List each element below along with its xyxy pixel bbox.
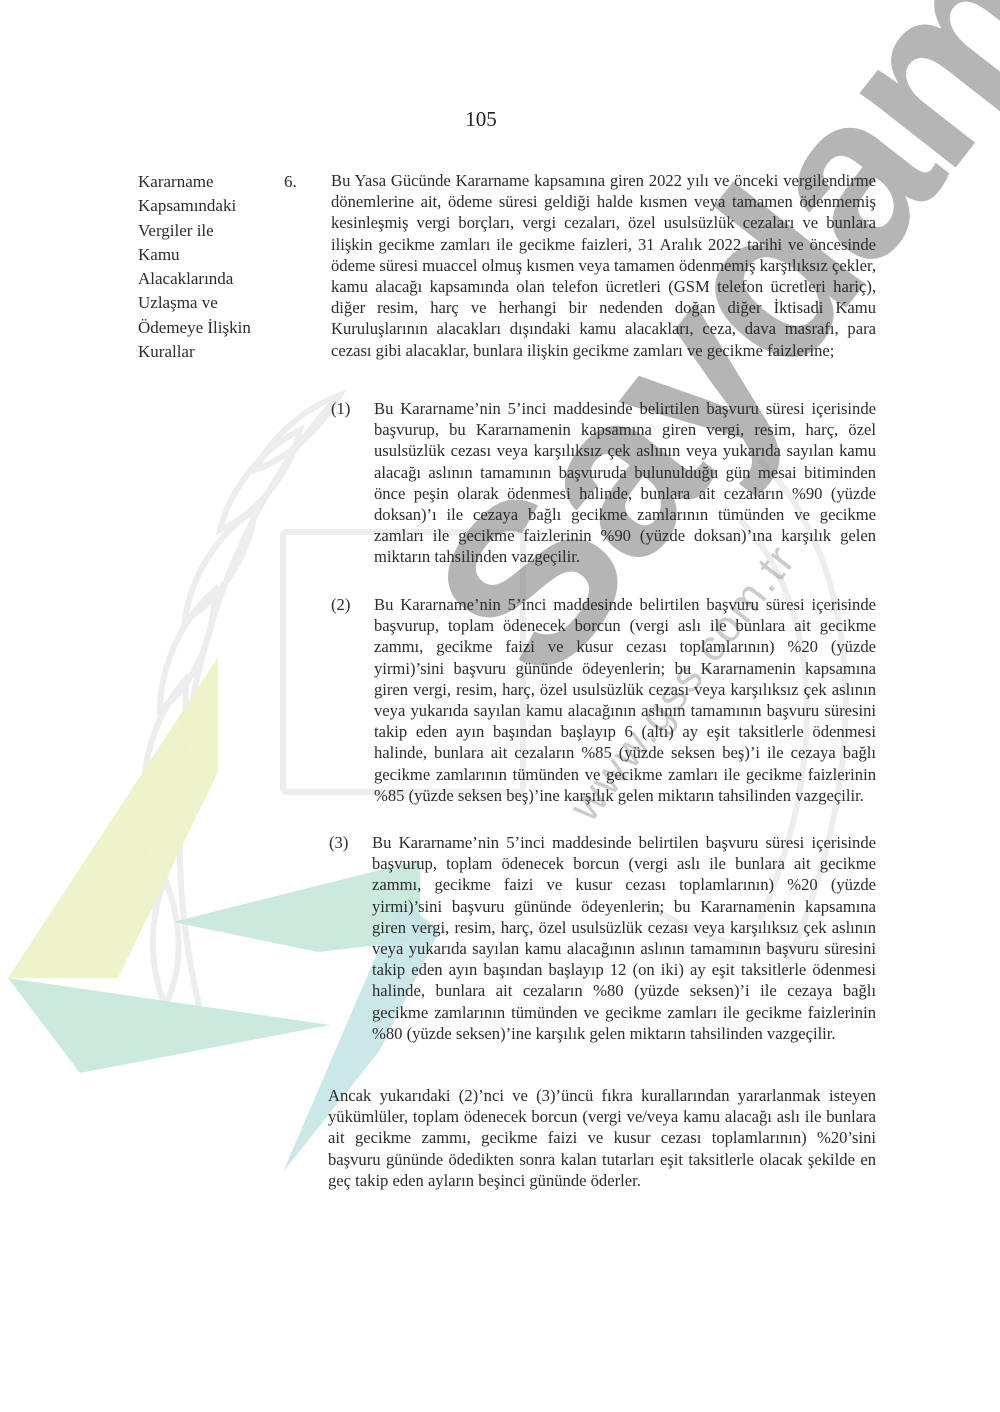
side-heading-line: Kararname — [138, 170, 278, 194]
main-paragraph: Bu Yasa Gücünde Kararname kapsamına gire… — [331, 170, 876, 361]
article-number: 6. — [284, 170, 297, 194]
side-heading-line: Uzlaşma ve — [138, 291, 278, 315]
article-side-heading: Kararname Kapsamındaki Vergiler ile Kamu… — [138, 170, 278, 364]
side-heading-line: Kamu — [138, 243, 278, 267]
subsection-text: Bu Kararname’nin 5’inci maddesinde belir… — [372, 832, 876, 1044]
subsection-label: (3) — [329, 832, 348, 853]
logo-yellow-shape — [8, 657, 218, 978]
subsection-text: Bu Kararname’nin 5’inci maddesinde belir… — [374, 594, 876, 806]
logo-teal-shape-lower — [8, 978, 330, 1073]
subsection-label: (2) — [331, 594, 350, 615]
side-heading-line: Kapsamındaki — [138, 194, 278, 218]
side-heading-line: Vergiler ile — [138, 219, 278, 243]
subsection-text: Bu Kararname’nin 5’inci maddesinde belir… — [374, 398, 876, 568]
subsection-label: (1) — [331, 398, 350, 419]
closing-paragraph: Ancak yukarıdaki (2)’nci ve (3)’üncü fık… — [328, 1085, 876, 1191]
page-number: 105 — [0, 107, 962, 132]
side-heading-line: Kurallar — [138, 340, 278, 364]
side-heading-line: Ödemeye İlişkin — [138, 316, 278, 340]
side-heading-line: Alacaklarında — [138, 267, 278, 291]
